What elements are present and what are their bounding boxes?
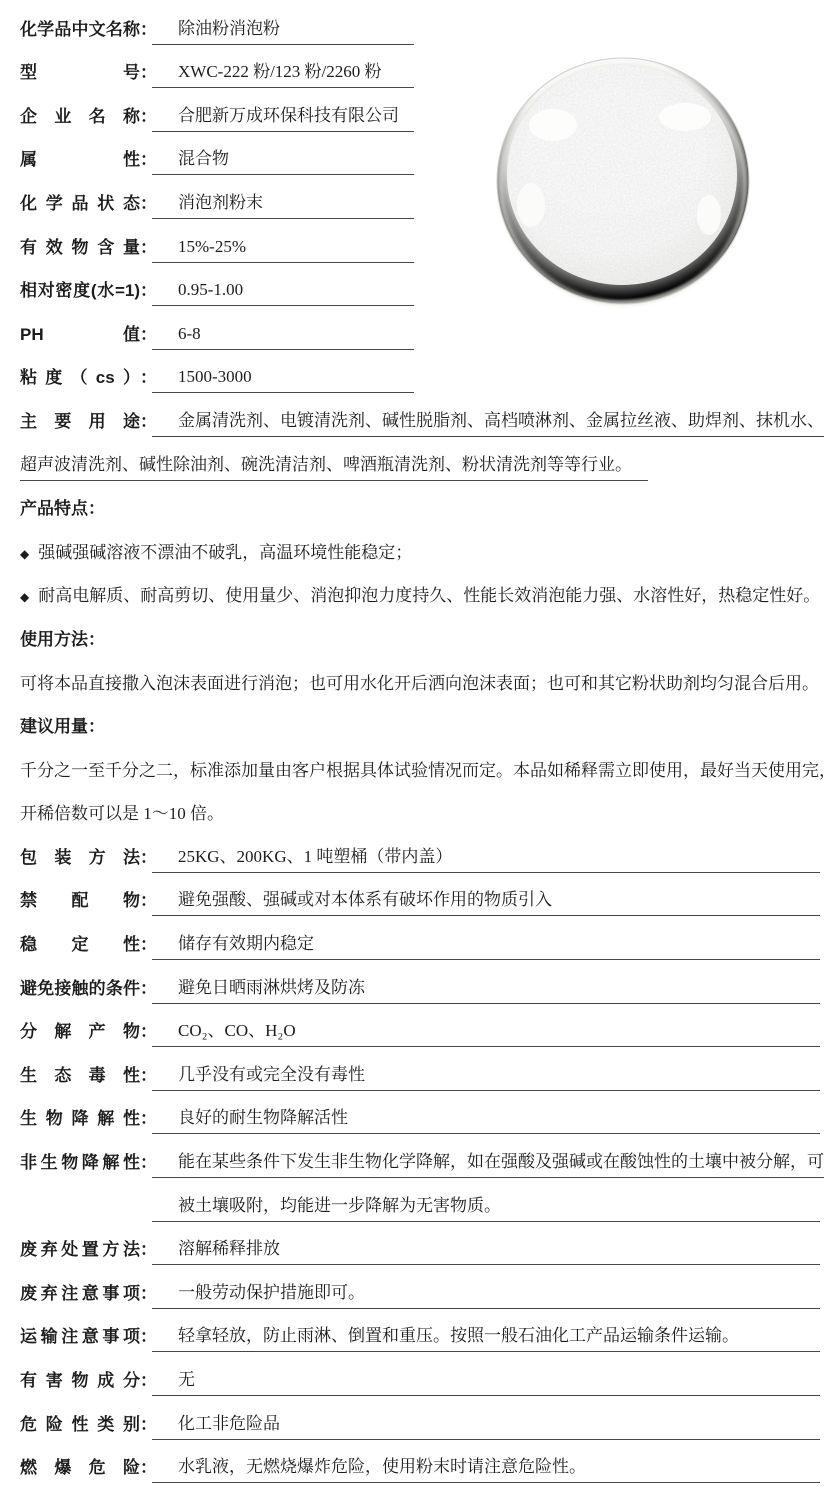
field-value: 水乳液，无燃烧爆炸危险，使用粉末时请注意危险性。 bbox=[152, 1452, 820, 1483]
field-label: 生态毒性 bbox=[20, 1061, 140, 1091]
field-label: 型号 bbox=[20, 58, 140, 88]
field-colon: ： bbox=[140, 407, 152, 437]
field-main-use: 主要用途 ： 金属清洗剂、电镀清洗剂、碱性脱脂剂、高档喷淋剂、金属拉丝液、助焊剂… bbox=[20, 393, 820, 437]
field-waste-precautions: 废弃注意事项 ： 一般劳动保护措施即可。 bbox=[20, 1265, 820, 1309]
field-colon: ： bbox=[140, 276, 152, 306]
field-label: 危险性类别 bbox=[20, 1410, 140, 1440]
field-label: 主要用途 bbox=[20, 407, 140, 437]
field-value-continued: 被土壤吸附，均能进一步降解为无害物质。 bbox=[152, 1191, 820, 1222]
field-label: PH值 bbox=[20, 320, 140, 350]
field-label: 粘度（cs） bbox=[20, 363, 140, 393]
field-label: 避免接触的条件 bbox=[20, 974, 140, 1004]
field-colon: ： bbox=[140, 1104, 152, 1134]
usage-method-header: 使用方法： bbox=[20, 625, 105, 655]
field-value: 无 bbox=[152, 1365, 820, 1396]
field-label: 属性 bbox=[20, 145, 140, 175]
field-label: 废弃注意事项 bbox=[20, 1279, 140, 1309]
field-eco-toxicity: 生态毒性 ： 几乎没有或完全没有毒性 bbox=[20, 1047, 820, 1091]
field-incompatible-materials: 禁配物 ： 避免强酸、强碱或对本体系有破坏作用的物质引入 bbox=[20, 873, 820, 917]
field-ph-value: PH值 ： 6-8 bbox=[20, 306, 820, 350]
field-label: 燃爆危险 bbox=[20, 1453, 140, 1483]
field-value: 金属清洗剂、电镀清洗剂、碱性脱脂剂、高档喷淋剂、金属拉丝液、助焊剂、抹机水、 bbox=[152, 406, 824, 437]
field-label: 废弃处置方法 bbox=[20, 1235, 140, 1265]
field-value: 消泡剂粉末 bbox=[152, 188, 414, 219]
field-colon: ： bbox=[140, 1148, 152, 1178]
field-explosion-hazard: 燃爆危险 ： 水乳液，无燃烧爆炸危险，使用粉末时请注意危险性。 bbox=[20, 1440, 820, 1484]
product-photo bbox=[495, 55, 755, 311]
field-colon: ： bbox=[140, 363, 152, 393]
field-value: 良好的耐生物降解活性 bbox=[152, 1103, 820, 1134]
field-value: 能在某些条件下发生非生物化学降解，如在强酸及强碱或在酸蚀性的土壤中被分解，可 bbox=[152, 1147, 824, 1178]
field-value: 储存有效期内稳定 bbox=[152, 929, 820, 960]
feature-text: 强碱强碱溶液不漂油不破乳，高温环境性能稳定； bbox=[38, 538, 412, 568]
field-transport-precautions: 运输注意事项 ： 轻拿轻放，防止雨淋、倒置和重压。按照一般石油化工产品运输条件运… bbox=[20, 1309, 820, 1353]
field-label: 生物降解性 bbox=[20, 1104, 140, 1134]
field-colon: ： bbox=[140, 1322, 152, 1352]
field-value: 避免强酸、强碱或对本体系有破坏作用的物质引入 bbox=[152, 885, 820, 916]
field-label: 禁配物 bbox=[20, 886, 140, 916]
field-colon: ： bbox=[140, 58, 152, 88]
field-colon: ： bbox=[140, 1061, 152, 1091]
field-value: 溶解稀释排放 bbox=[152, 1234, 820, 1265]
diamond-bullet-icon: ◆ bbox=[20, 547, 29, 568]
field-packing-method: 包装方法 ： 25KG、200KG、1 吨塑桶（带内盖） bbox=[20, 829, 820, 873]
field-biodegradability: 生物降解性 ： 良好的耐生物降解活性 bbox=[20, 1091, 820, 1135]
field-non-biodegradability: 非生物降解性 ： 能在某些条件下发生非生物化学降解，如在强酸及强碱或在酸蚀性的土… bbox=[20, 1134, 820, 1178]
diamond-bullet-icon: ◆ bbox=[20, 590, 29, 611]
suggested-dosage-text: 千分之一至千分之二，标准添加量由客户根据具体试验情况而定。本品如稀释需立即使用，… bbox=[20, 756, 830, 786]
field-value: XWC-222 粉/123 粉/2260 粉 bbox=[152, 57, 414, 88]
usage-method-text: 可将本品直接撒入泡沫表面进行消泡；也可用水化开后洒向泡沫表面；也可和其它粉状助剂… bbox=[20, 669, 819, 699]
field-value: 轻拿轻放，防止雨淋、倒置和重压。按照一般石油化工产品运输条件运输。 bbox=[152, 1321, 820, 1352]
field-colon: ： bbox=[140, 974, 152, 1004]
powder-dish-image bbox=[495, 55, 755, 311]
feature-item: ◆ 强碱强碱溶液不漂油不破乳，高温环境性能稳定； bbox=[20, 524, 820, 568]
field-value: 25KG、200KG、1 吨塑桶（带内盖） bbox=[152, 842, 820, 873]
field-value: 混合物 bbox=[152, 144, 414, 175]
field-value: 合肥新万成环保科技有限公司 bbox=[152, 101, 414, 132]
field-conditions-to-avoid: 避免接触的条件 ： 避免日晒雨淋烘烤及防冻 bbox=[20, 960, 820, 1004]
field-colon: ： bbox=[140, 886, 152, 916]
usage-method-text-row: 可将本品直接撒入泡沫表面进行消泡；也可用水化开后洒向泡沫表面；也可和其它粉状助剂… bbox=[20, 655, 820, 699]
field-colon: ： bbox=[140, 930, 152, 960]
suggested-dosage-header-row: 建议用量： bbox=[20, 699, 820, 743]
field-hazard-class: 危险性类别 ： 化工非危险品 bbox=[20, 1396, 820, 1440]
field-colon: ： bbox=[140, 102, 152, 132]
feature-text: 耐高电解质、耐高剪切、使用量少、消泡抑泡力度持久、性能长效消泡能力强、水溶性好，… bbox=[38, 581, 820, 611]
field-value: 一般劳动保护措施即可。 bbox=[152, 1278, 820, 1309]
field-stability: 稳定性 ： 储存有效期内稳定 bbox=[20, 916, 820, 960]
field-label: 包装方法 bbox=[20, 843, 140, 873]
product-features-header: 产品特点： bbox=[20, 494, 105, 524]
field-value: 几乎没有或完全没有毒性 bbox=[152, 1060, 820, 1091]
suggested-dosage-text-row: 千分之一至千分之二，标准添加量由客户根据具体试验情况而定。本品如稀释需立即使用，… bbox=[20, 742, 820, 786]
field-value-continued: 超声波清洗剂、碱性除油剂、碗洗清洁剂、啤酒瓶清洗剂、粉状清洗剂等等行业。 bbox=[20, 450, 648, 481]
field-colon: ： bbox=[140, 1410, 152, 1440]
field-colon: ： bbox=[140, 1279, 152, 1309]
field-label: 非生物降解性 bbox=[20, 1148, 140, 1178]
field-label: 有害物成分 bbox=[20, 1366, 140, 1396]
field-label: 稳定性 bbox=[20, 930, 140, 960]
suggested-dosage-text-row: 开稀倍数可以是 1～10 倍。 bbox=[20, 786, 820, 830]
field-label: 运输注意事项 bbox=[20, 1322, 140, 1352]
field-colon: ： bbox=[140, 1453, 152, 1483]
field-colon: ： bbox=[140, 233, 152, 263]
field-colon: ： bbox=[140, 189, 152, 219]
field-colon: ： bbox=[140, 1366, 152, 1396]
field-label: 有效物含量 bbox=[20, 233, 140, 263]
field-colon: ： bbox=[140, 1235, 152, 1265]
field-waste-disposal-method: 废弃处置方法 ： 溶解稀释排放 bbox=[20, 1222, 820, 1266]
field-label: 化学品中文名称 bbox=[20, 15, 140, 45]
field-value: CO₂、CO、H₂O bbox=[152, 1016, 820, 1047]
field-chemical-chinese-name: 化学品中文名称 ： 除油粉消泡粉 bbox=[20, 1, 820, 45]
feature-item: ◆ 耐高电解质、耐高剪切、使用量少、消泡抑泡力度持久、性能长效消泡能力强、水溶性… bbox=[20, 568, 820, 612]
product-features-header-row: 产品特点： bbox=[20, 481, 820, 525]
field-non-biodegradability-continued: 被土壤吸附，均能进一步降解为无害物质。 bbox=[20, 1178, 820, 1222]
field-decomposition-products: 分解产物 ： CO₂、CO、H₂O bbox=[20, 1004, 820, 1048]
msds-document: 化学品中文名称 ： 除油粉消泡粉 型号 ： XWC-222 粉/123 粉/22… bbox=[0, 0, 830, 1504]
suggested-dosage-text: 开稀倍数可以是 1～10 倍。 bbox=[20, 799, 224, 829]
field-colon: ： bbox=[140, 320, 152, 350]
field-main-use-continued: 超声波清洗剂、碱性除油剂、碗洗清洁剂、啤酒瓶清洗剂、粉状清洗剂等等行业。 bbox=[20, 437, 820, 481]
field-label: 企业名称 bbox=[20, 102, 140, 132]
field-colon: ： bbox=[140, 843, 152, 873]
field-colon: ： bbox=[140, 15, 152, 45]
field-label: 相对密度(水=1) bbox=[20, 276, 140, 306]
field-value: 0.95-1.00 bbox=[152, 280, 414, 306]
field-viscosity: 粘度（cs） ： 1500-3000 bbox=[20, 350, 820, 394]
field-value: 6-8 bbox=[152, 324, 414, 350]
field-value: 化工非危险品 bbox=[152, 1409, 820, 1440]
field-value: 避免日晒雨淋烘烤及防冻 bbox=[152, 973, 820, 1004]
field-colon: ： bbox=[140, 145, 152, 175]
field-hazardous-components: 有害物成分 ： 无 bbox=[20, 1352, 820, 1396]
field-value: 1500-3000 bbox=[152, 367, 414, 393]
usage-method-header-row: 使用方法： bbox=[20, 611, 820, 655]
field-value: 15%-25% bbox=[152, 237, 414, 263]
field-label: 分解产物 bbox=[20, 1017, 140, 1047]
field-label: 化学品状态 bbox=[20, 189, 140, 219]
field-colon: ： bbox=[140, 1017, 152, 1047]
suggested-dosage-header: 建议用量： bbox=[20, 712, 105, 742]
field-value: 除油粉消泡粉 bbox=[152, 14, 414, 45]
